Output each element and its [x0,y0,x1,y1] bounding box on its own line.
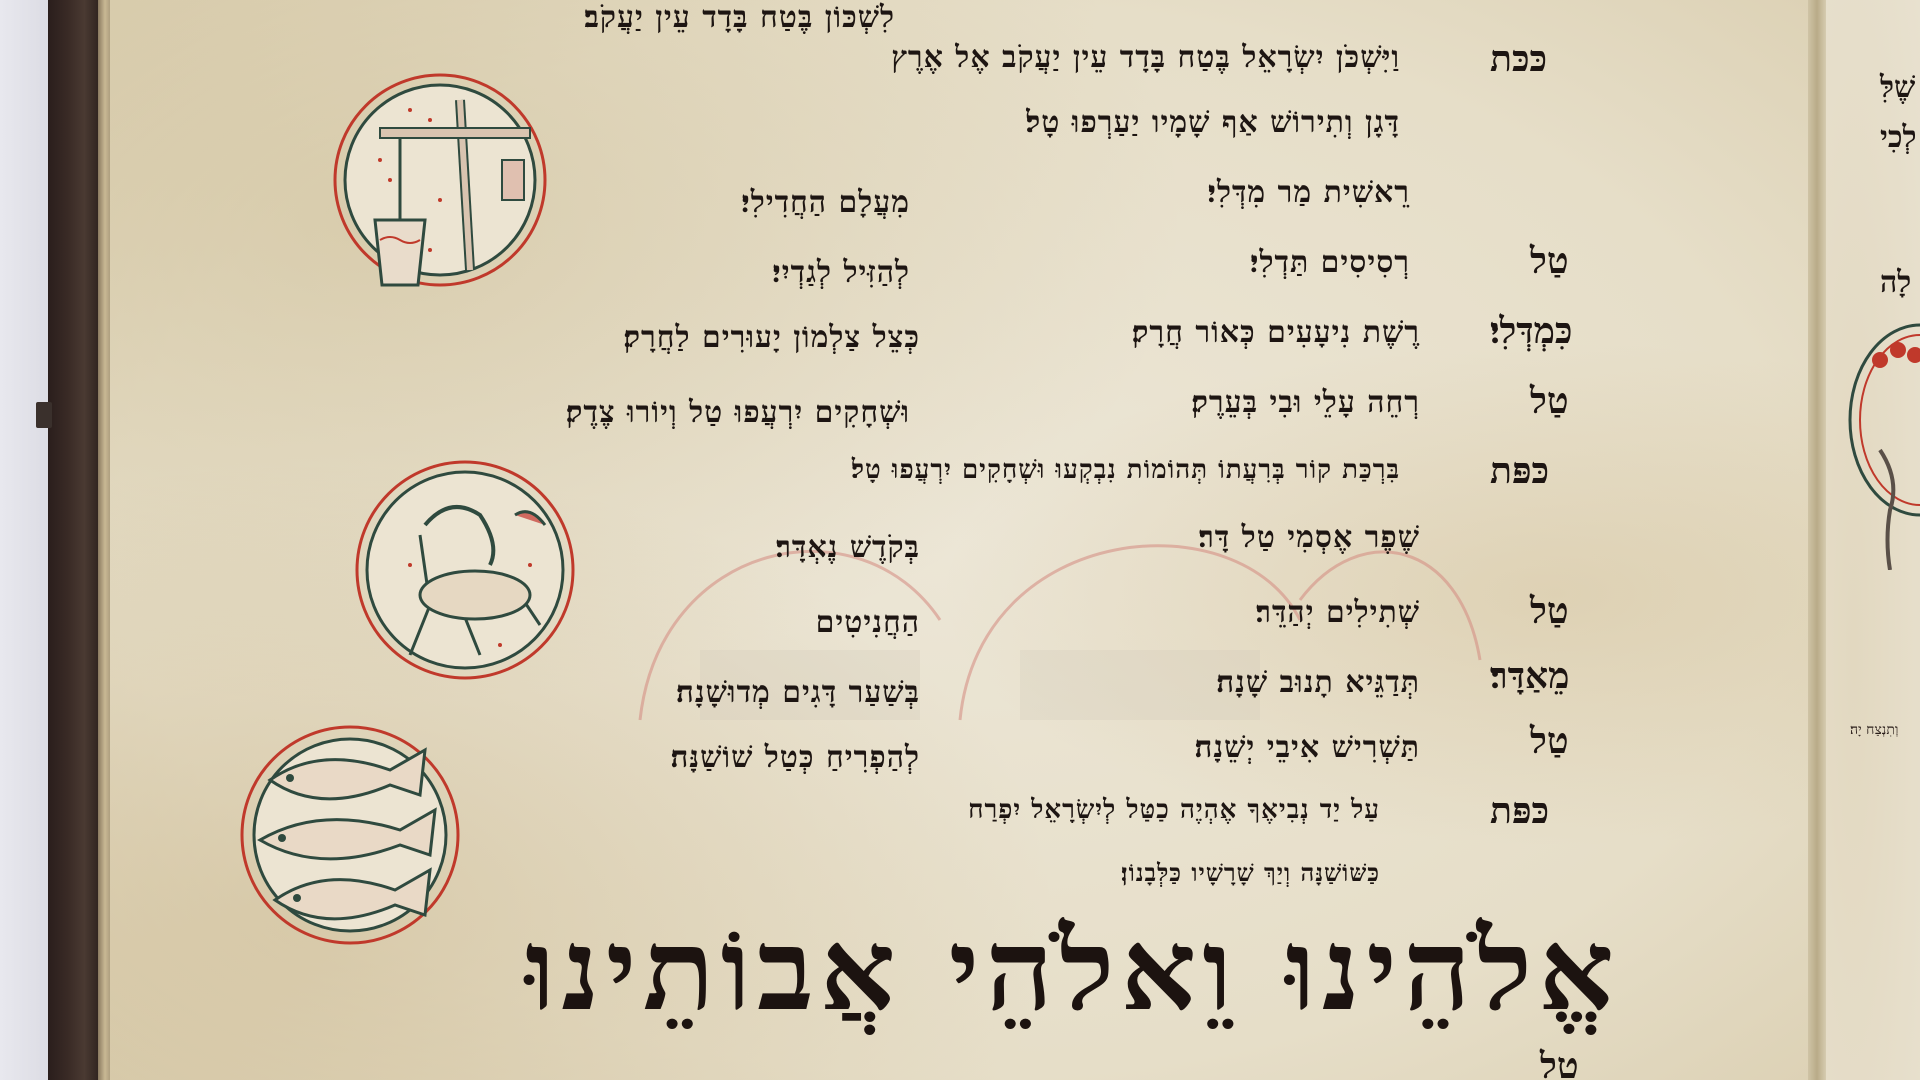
bottom-partial-word: טַל [1540,1045,1579,1080]
text-line-9-left: בְּשַׁעַר דָּגִים מְדוּשָׁנָה׃ [500,675,920,710]
text-line-top-left: לִשְׁכּוֹן בֶּטַח בָּדָד עֵין יַעֲקֹב׃ [415,0,895,35]
margin-word-5: טַל [1530,380,1569,422]
text-line-11: עַל יַד נְבִיאֶךָ אֶהְיֶה כַטַּל לְיִשְׂ… [740,795,1380,825]
page-gutter [1808,0,1826,1080]
text-line-10-right: תַּשְׁרִישׁ אִיבֵי יְשֵׁנָה׃ [1050,730,1420,765]
text-line-5-right: רְחֵה עָלֵי וּבִי בְּעֵרֶק׃ [1070,385,1420,420]
margin-word-6: כּפּת [1490,450,1549,492]
aquarius-medallion-icon [320,60,560,300]
margin-word-3: טַל [1530,240,1569,282]
text-line-9-right: תְּדַגֵּיא תָנוּב שָׁנָה׃ [1110,665,1420,700]
margin-word-4: כִּמְדְּלִי׃ [1490,310,1573,352]
binding-clasp [36,402,52,428]
right-page-small-line: וְתִנְצַח יָה׃ [1850,722,1898,739]
right-page-line-0: שֶׁלִּ [1880,70,1915,105]
text-line-1: דָּגָן וְתִירוֹשׁ אַף שָׁמָיו יַעַרְפוּ … [800,105,1400,140]
text-line-3-right: רְסִיסִים תַּדְלִי׃ [1120,245,1410,280]
margin-word-11: כּפּת [1490,790,1549,832]
margin-word-8: טַל [1530,590,1569,632]
text-line-3-left: לְהַזִּיל לְגַדְיִי׃ [650,255,910,290]
backdrop [0,0,50,1080]
text-line-2-right: רֵאשִׁית מַר מִדְּלִי׃ [1100,175,1410,210]
right-page-medallion-icon [1840,310,1920,570]
display-heading: אֱלֹהֵינוּ וֵאלֹהֵי אֲבוֹתֵינוּ [420,904,1620,1037]
margin-word-10: טַל [1530,720,1569,762]
text-line-2-left: מִעֲלָם הַחֲדִילִי׃ [590,185,910,220]
text-line-0: וַיִּשְׁכֹּן יִשְׂרָאֵל בֶּטַח בָּדָד עֵ… [700,40,1400,75]
text-line-10-left: לְהַפְרִיחַ כְּטַל שׁוֹשַׁנָּה׃ [510,740,920,775]
margin-word-0: כּכּת [1490,38,1547,80]
text-line-4-left: כְּצֵל צַלְמוֹן יָעוּרִים לַחֲרָק׃ [440,320,920,355]
right-page-line-2: לָה [1880,265,1911,300]
text-line-12: כַּשּׁוֹשַׁנָּה וְיַךְ שָׁרָשָׁיו כַּלְּ… [900,858,1380,888]
text-line-8-left: הַחֲנִיטִים [720,605,920,640]
text-line-5-left: וּשְׁחָקִים יִרְעֲפוּ טַל וְיוֹרוּ צֶדֶק… [390,395,910,430]
text-line-6: בִּרְכַּת קוֹר בְּרִעֲתוֹ תְּהוֹמוֹת נִב… [580,455,1400,485]
right-page-line-1: לְכִי [1880,120,1917,155]
text-line-4-right: רֶשֶׁת נִיעָעִים כְּאוֹר חֲרָק׃ [940,315,1420,350]
text-line-7-left: בְּקֹדֶשׁ נֶאְדָּר׃ [660,530,920,565]
capricorn-medallion-icon [350,455,580,685]
book-binding [48,0,100,1080]
margin-word-9: מֵאַדָּר׃ [1490,655,1569,697]
text-line-8-right: שְׁתִילִים יְהַדֵּר׃ [1140,595,1420,630]
text-line-7-right: שֶׁפֶר אֶסְמִי טַל דָּר׃ [1080,520,1420,555]
